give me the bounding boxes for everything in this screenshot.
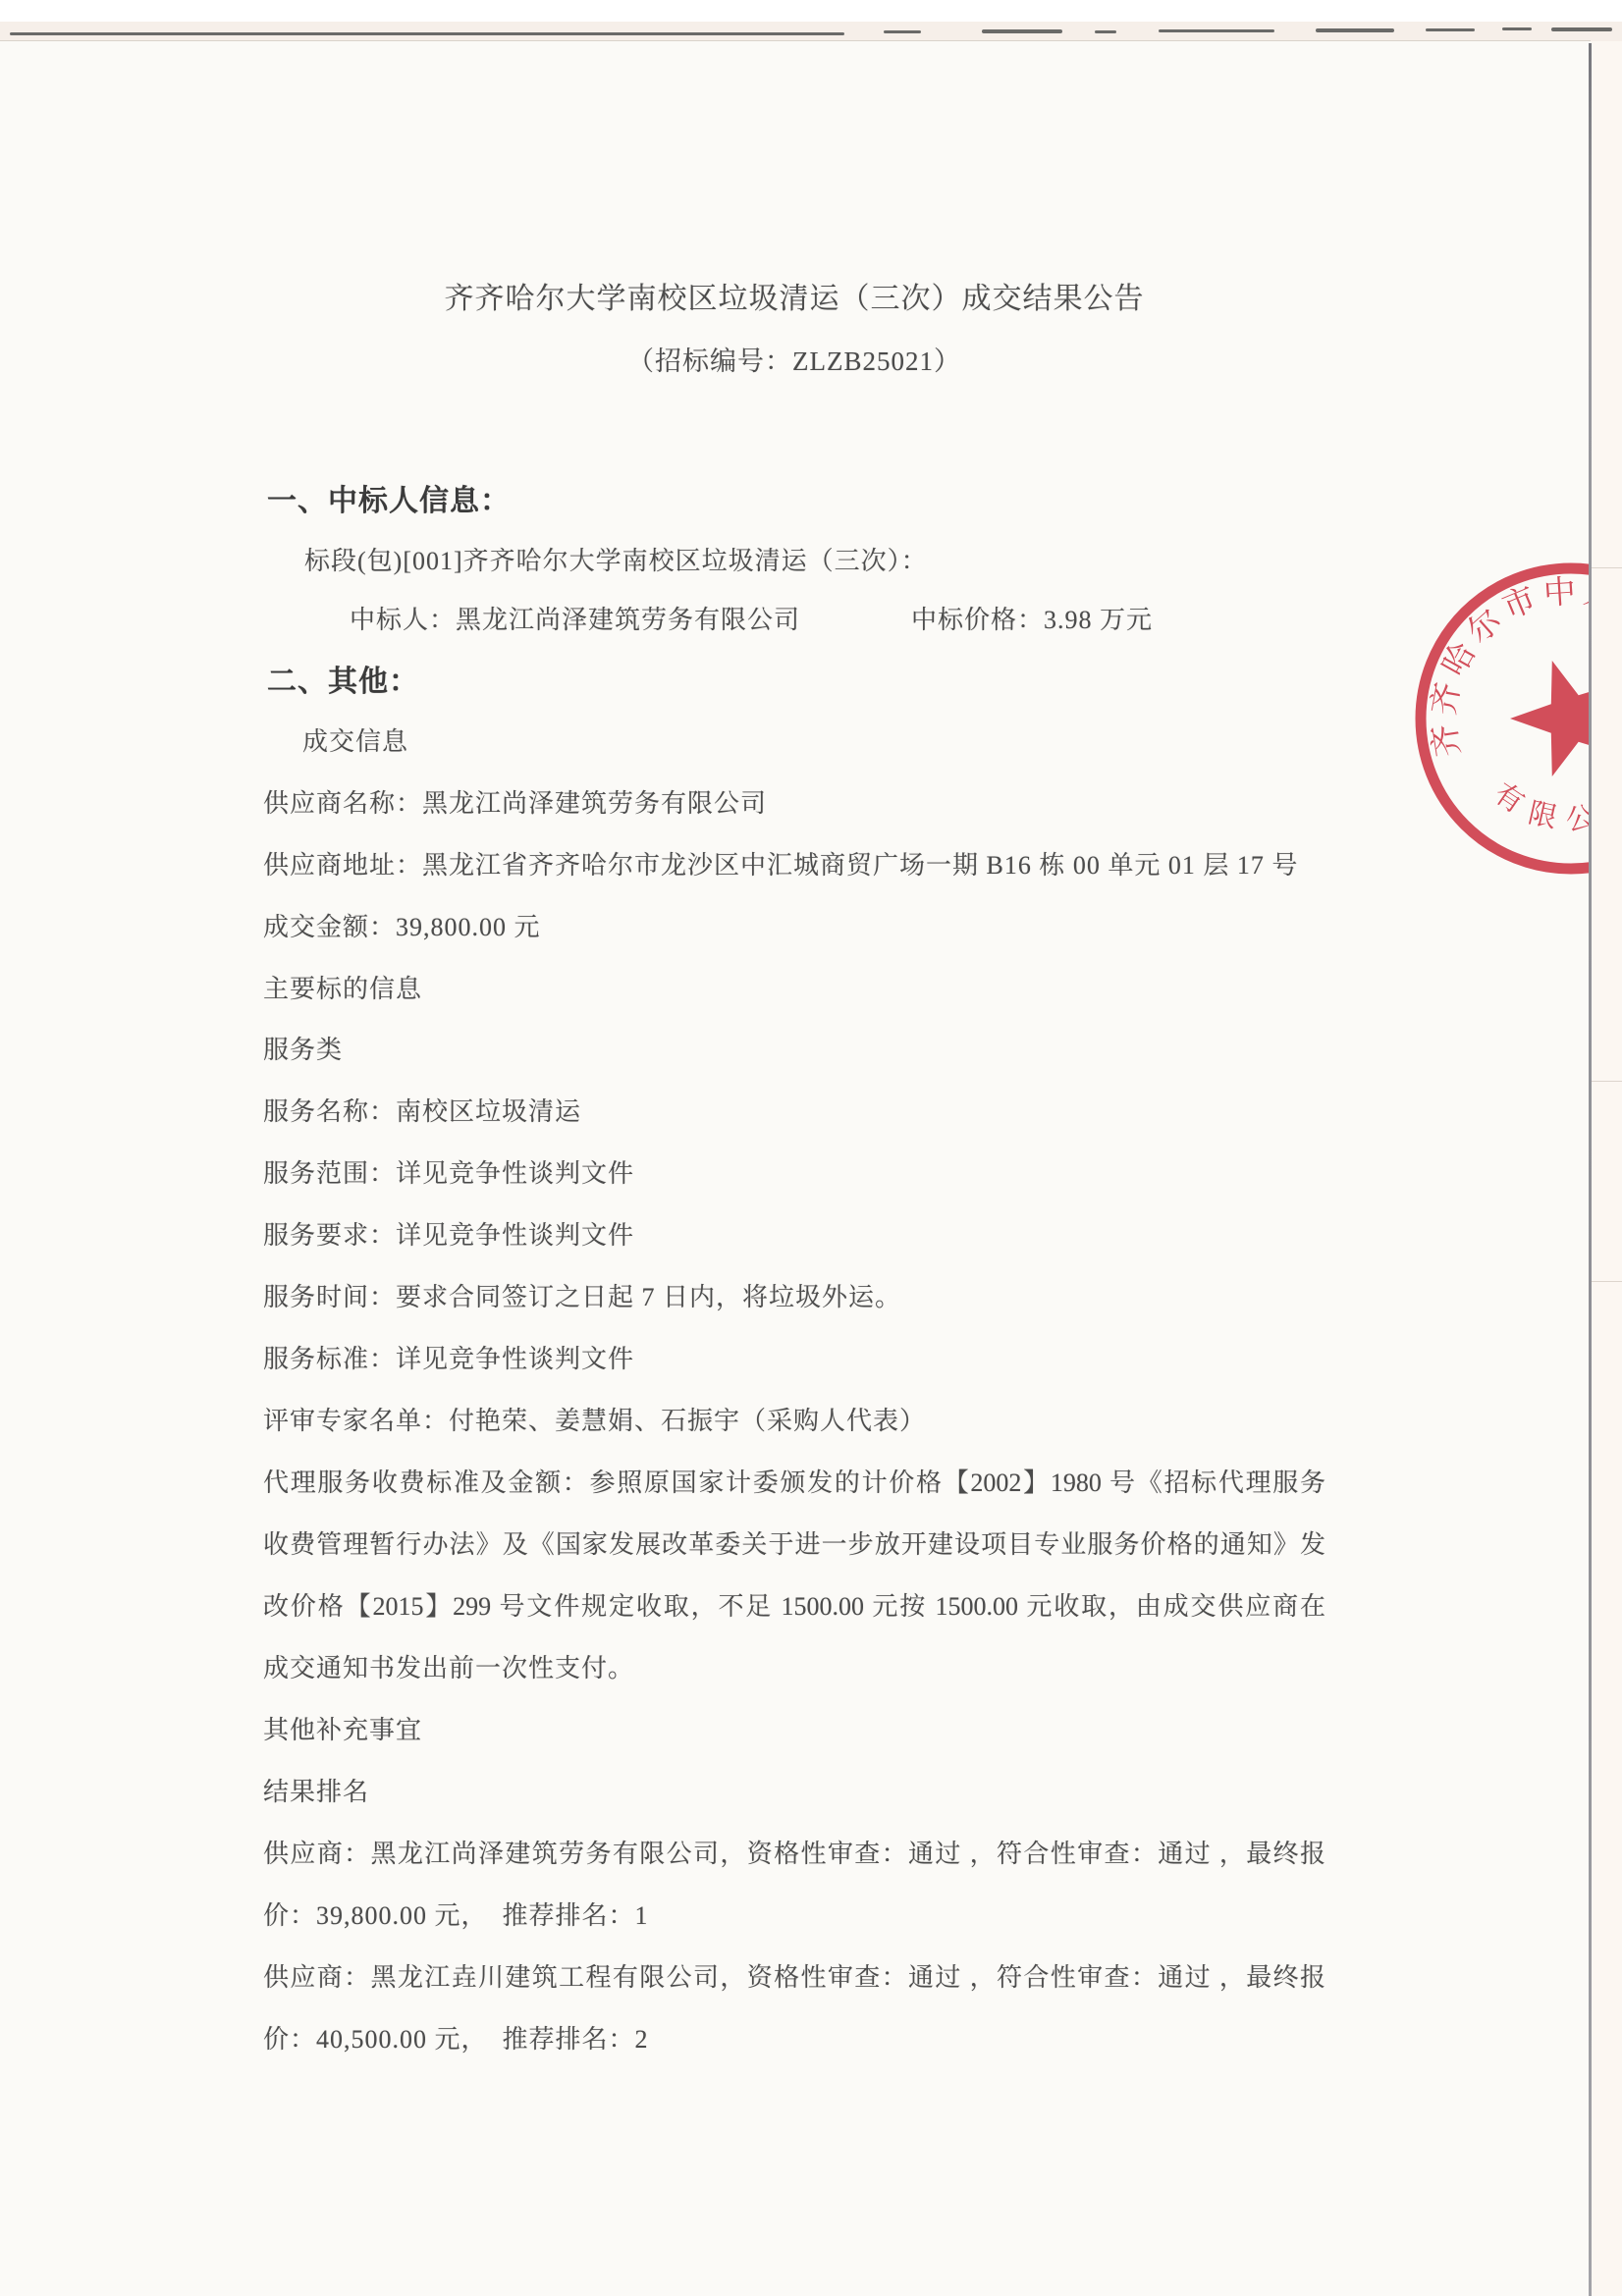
scan-streak <box>1502 27 1532 30</box>
rank-2-line-2: 价：40,500.00 元， 推荐排名：2 <box>263 2024 649 2056</box>
deal-info-label: 成交信息 <box>302 726 408 759</box>
document-page: 齐齐哈尔大学南校区垃圾清运（三次）成交结果公告（招标编号：ZLZB25021）一… <box>0 41 1591 2296</box>
service-type-label: 服务类 <box>263 1035 343 1067</box>
result-ranking-label: 结果排名 <box>263 1777 369 1809</box>
agency-fee-line-2: 收费管理暂行办法》及《国家发展改革委关于进一步放开建设项目专业服务价格的通知》发 <box>263 1529 1325 1562</box>
service-scope-line: 服务范围：详见竞争性谈判文件 <box>263 1158 634 1191</box>
scan-artifact-line <box>1592 1081 1622 1082</box>
rank-1-line-2: 价：39,800.00 元， 推荐排名：1 <box>263 1900 649 1933</box>
scan-streak <box>10 32 844 35</box>
seal-star-icon <box>1510 661 1591 776</box>
agency-fee-line-1: 代理服务收费标准及金额：参照原国家计委颁发的计价格【2002】1980 号《招标… <box>263 1468 1325 1500</box>
experts-line: 评审专家名单：付艳荣、姜慧娟、石振宇（采购人代表） <box>263 1406 926 1438</box>
company-seal-stamp: 齐齐哈尔市中龙招标代理 有限公司 <box>1394 537 1591 930</box>
service-name-line: 服务名称：南校区垃圾清运 <box>263 1096 581 1129</box>
winner-price: 中标价格：3.98 万元 <box>911 605 1153 637</box>
service-standard-line: 服务标准：详见竞争性谈判文件 <box>263 1344 634 1376</box>
winner-line: 中标人：黑龙江尚泽建筑劳务有限公司 <box>350 605 800 637</box>
agency-fee-line-3: 改价格【2015】299 号文件规定收取，不足 1500.00 元按 1500.… <box>263 1591 1325 1624</box>
doc-subtitle: （招标编号：ZLZB25021） <box>263 346 1325 379</box>
scan-right-margin <box>1592 41 1622 2296</box>
other-notes-label: 其他补充事宜 <box>263 1715 422 1747</box>
lot-line: 标段(包)[001]齐齐哈尔大学南校区垃圾清运（三次）： <box>304 546 928 578</box>
scan-artifact-line <box>1592 567 1622 568</box>
scan-streak <box>1316 28 1394 32</box>
scan-streak <box>884 30 921 33</box>
scan-streak <box>1551 27 1612 31</box>
agency-fee-line-4: 成交通知书发出前一次性支付。 <box>263 1653 634 1685</box>
deal-amount-line: 成交金额：39,800.00 元 <box>263 912 541 944</box>
subject-info-label: 主要标的信息 <box>263 974 422 1006</box>
doc-title: 齐齐哈尔大学南校区垃圾清运（三次）成交结果公告 <box>263 281 1325 318</box>
scan-artifact-line <box>1592 1281 1622 1282</box>
supplier-address-line: 供应商地址：黑龙江省齐齐哈尔市龙沙区中汇城商贸广场一期 B16 栋 00 单元 … <box>263 850 1298 882</box>
section-1-heading: 一、中标人信息： <box>267 483 511 520</box>
service-time-line: 服务时间：要求合同签订之日起 7 日内，将垃圾外运。 <box>263 1282 901 1314</box>
service-require-line: 服务要求：详见竞争性谈判文件 <box>263 1220 634 1253</box>
section-2-heading: 二、其他： <box>267 664 419 701</box>
scan-streak <box>982 29 1062 33</box>
rank-2-line-1: 供应商：黑龙江垚川建筑工程有限公司，资格性审查：通过 ，符合性审查：通过 ，最终… <box>263 1962 1325 1995</box>
scan-streak <box>1159 29 1274 32</box>
page-right-edge <box>1589 43 1592 2296</box>
rank-1-line-1: 供应商：黑龙江尚泽建筑劳务有限公司，资格性审查：通过 ，符合性审查：通过 ，最终… <box>263 1839 1325 1871</box>
scan-top-white-strip <box>0 0 1622 22</box>
supplier-name-line: 供应商名称：黑龙江尚泽建筑劳务有限公司 <box>263 788 767 821</box>
scan-streak <box>1426 28 1475 31</box>
scan-streak <box>1095 30 1116 33</box>
seal-bottom-text: 有限公司 <box>1488 776 1591 836</box>
